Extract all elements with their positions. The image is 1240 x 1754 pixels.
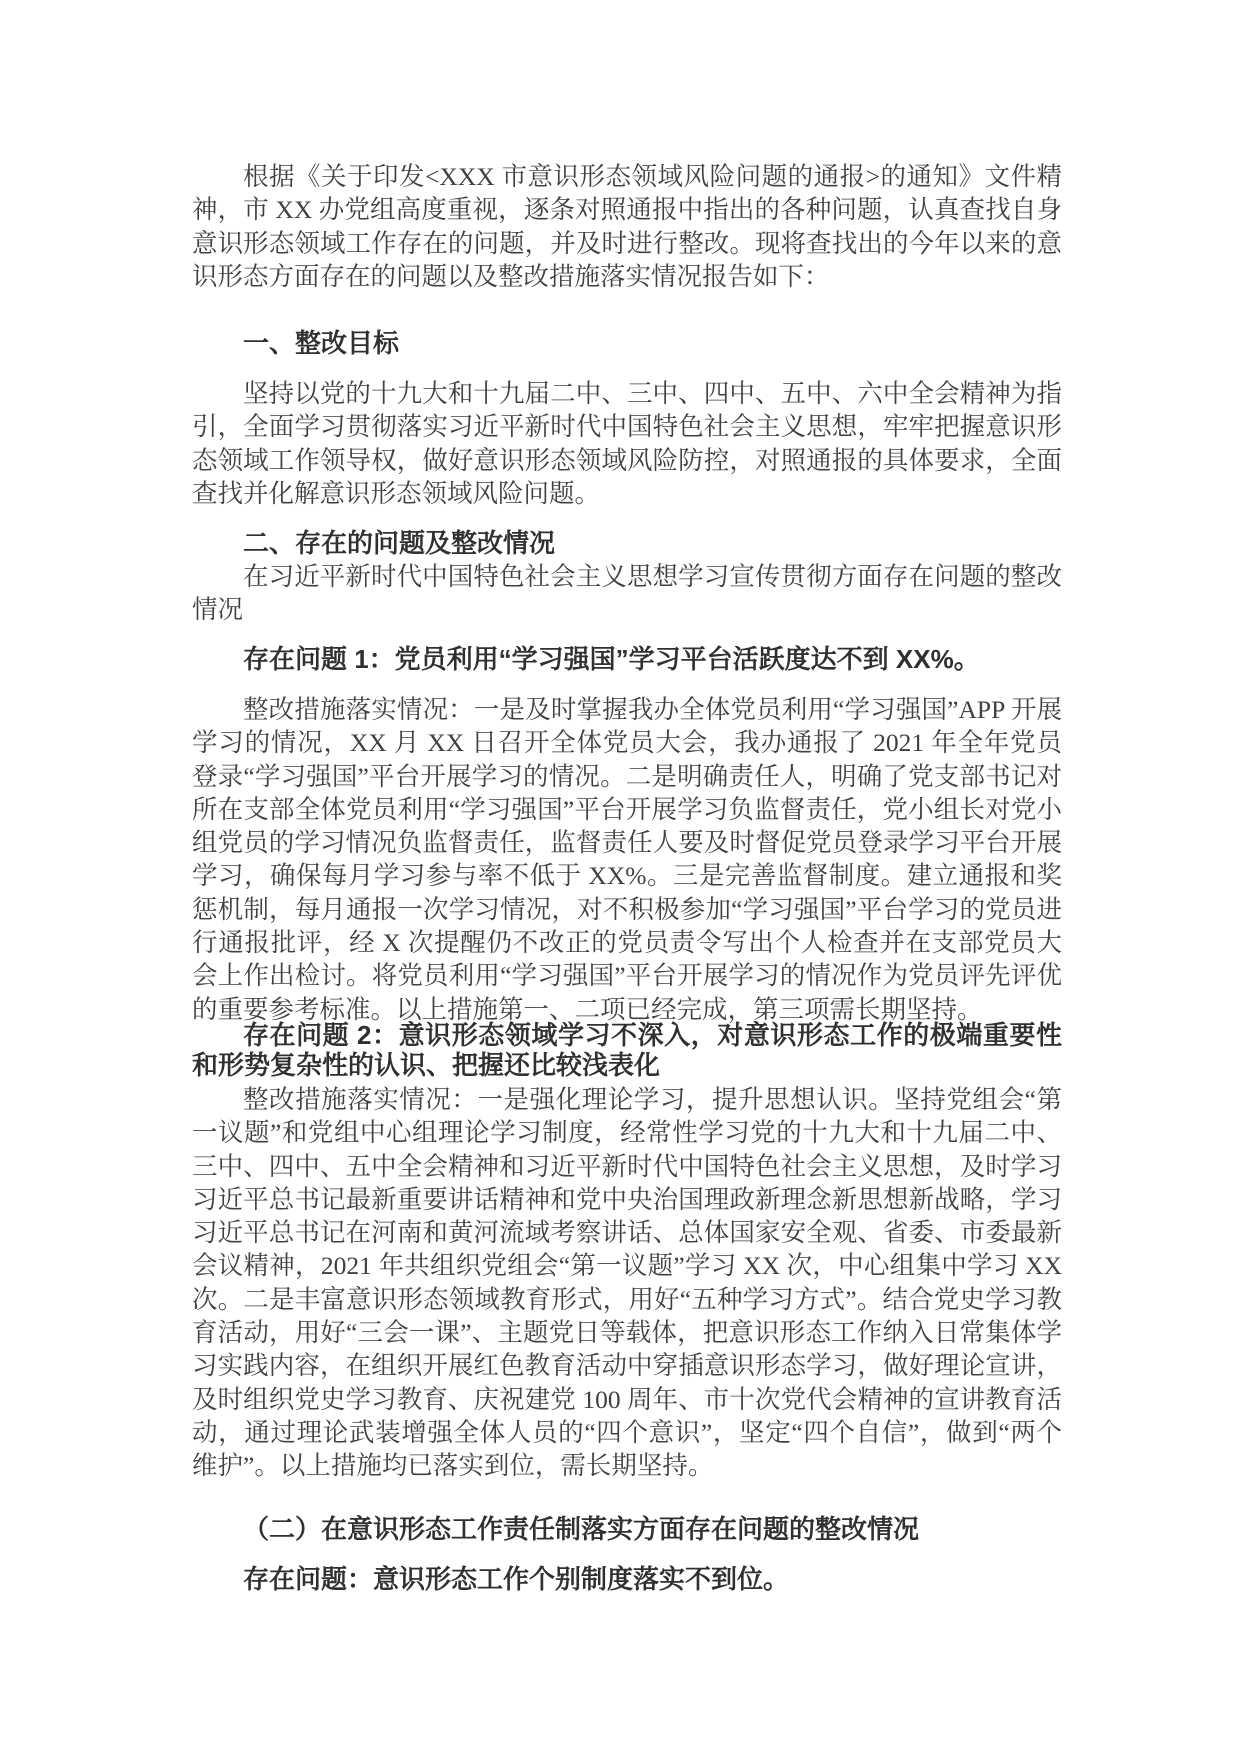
heading-problem-1: 存在问题 1：党员利用“学习强国”学习平台活跃度达不到 XX%。	[192, 643, 1062, 676]
heading-problem-2: 存在问题 2：意识形态领域学习不深入，对意识形态工作的极端重要性和形势复杂性的认…	[192, 1020, 1062, 1080]
heading-rectification-goals: 一、整改目标	[192, 327, 1062, 360]
heading-problems-and-rectification: 二、存在的问题及整改情况	[192, 527, 1062, 560]
heading-problem-3: 存在问题：意识形态工作个别制度落实不到位。	[192, 1563, 1062, 1596]
heading-subsection-2: （二）在意识形态工作责任制落实方面存在问题的整改情况	[192, 1513, 1062, 1546]
document-page: 根据《关于印发<XXX 市意识形态领域风险问题的通报>的通知》文件精神，市 XX…	[0, 0, 1240, 1754]
paragraph-subsection-intro: 在习近平新时代中国特色社会主义思想学习宣传贯彻方面存在问题的整改情况	[192, 560, 1062, 627]
paragraph-problem-1-measures: 整改措施落实情况：一是及时掌握我办全体党员利用“学习强国”APP 开展学习的情况…	[192, 693, 1062, 1026]
paragraph-problem-2-measures: 整改措施落实情况：一是强化理论学习，提升思想认识。坚持党组会“第一议题”和党组中…	[192, 1083, 1062, 1483]
paragraph-goals: 坚持以党的十九大和十九届二中、三中、四中、五中、六中全会精神为指引，全面学习贯彻…	[192, 377, 1062, 510]
paragraph-intro: 根据《关于印发<XXX 市意识形态领域风险问题的通报>的通知》文件精神，市 XX…	[192, 160, 1062, 293]
